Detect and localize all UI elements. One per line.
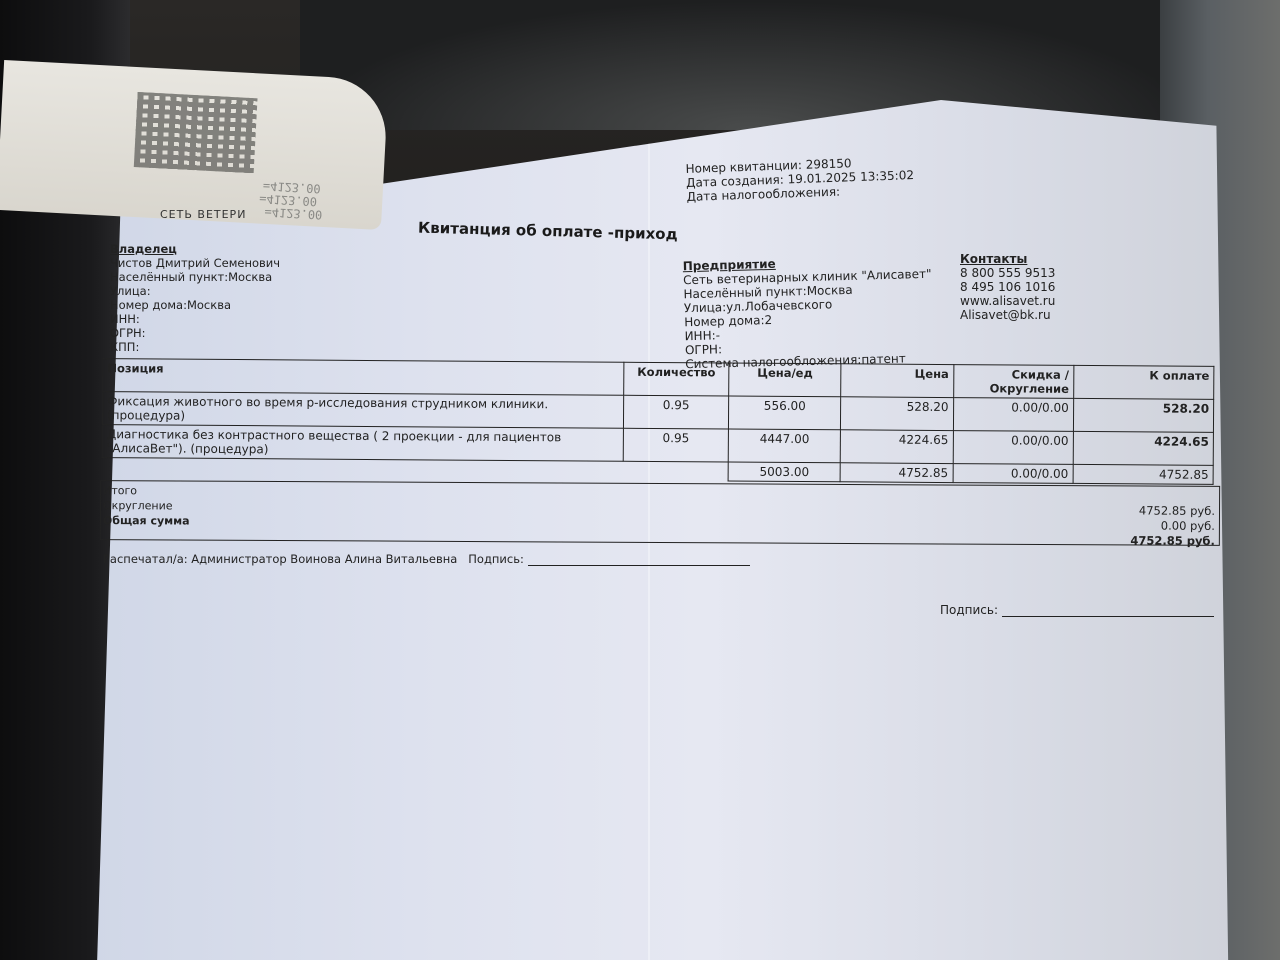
total-value: 4752.85 руб. [1130, 503, 1215, 518]
enterprise-block: Предприятие Сеть ветеринарных клиник "Ал… [683, 253, 934, 371]
owner-line: ОГРН: [110, 326, 280, 340]
items-table: Позиция Количество Цена/ед Цена Скидка /… [102, 358, 1215, 485]
strip-fragment-text: СЕТЬ ВЕТЕРИ [160, 208, 246, 222]
summary-unit-price: 5003.00 [728, 462, 840, 482]
col-unit-price: Цена/ед [729, 363, 841, 397]
totals-box: Итого Округление Общая сумма 4752.85 руб… [100, 480, 1220, 546]
cell-unit-price: 556.00 [729, 396, 841, 430]
cell-quantity: 0.95 [623, 395, 728, 429]
signature-line [1002, 604, 1214, 617]
summary-to-pay: 4752.85 [1073, 464, 1213, 484]
grand-total-label: Общая сумма [103, 513, 190, 528]
cell-unit-price: 4447.00 [728, 429, 840, 463]
summary-discount: 0.00/0.00 [953, 464, 1073, 484]
owner-line: КПП: [110, 340, 280, 354]
total-label: Итого [103, 483, 190, 498]
col-price: Цена [841, 364, 953, 398]
cell-position: Фиксация животного во время р-исследован… [102, 392, 623, 429]
col-to-pay: К оплате [1073, 365, 1214, 399]
owner-line: Номер дома:Москва [110, 298, 280, 312]
cell-position: Диагностика без контрастного вещества ( … [102, 425, 623, 462]
receipt-meta: Номер квитанции: 298150 Дата создания: 1… [685, 154, 914, 204]
contact-website: www.alisavet.ru [960, 294, 1055, 308]
printed-by-line: Распечатал/а: Администратор Воинова Алин… [103, 552, 750, 566]
printed-by: Распечатал/а: Администратор Воинова Алин… [103, 552, 457, 566]
cell-to-pay: 528.20 [1073, 398, 1214, 432]
col-position: Позиция [103, 359, 624, 396]
customer-signature: Подпись: [940, 603, 1214, 617]
qr-code-icon [134, 92, 258, 173]
summary-price: 4752.85 [840, 463, 952, 483]
signature-line [528, 553, 750, 566]
cell-price: 4224.65 [841, 430, 953, 464]
fiscal-receipt-strip: =4123.00 =4123.00 =4123.00 [0, 60, 389, 230]
signature-label: Подпись: [940, 603, 998, 617]
contacts-heading: Контакты [960, 252, 1055, 266]
contact-phone: 8 495 106 1016 [960, 280, 1055, 294]
rounding-value: 0.00 руб. [1130, 518, 1215, 533]
owner-line: Населённый пункт:Москва [110, 270, 280, 284]
contact-email: Alisavet@bk.ru [960, 308, 1055, 322]
cell-discount: 0.00/0.00 [953, 398, 1073, 432]
rounding-label: Округление [103, 498, 190, 513]
owner-name: Чистов Дмитрий Семенович [110, 256, 280, 270]
cell-discount: 0.00/0.00 [953, 431, 1073, 465]
grand-total-value: 4752.85 руб. [1130, 533, 1215, 548]
contacts-block: Контакты 8 800 555 9513 8 495 106 1016 w… [960, 252, 1055, 322]
cell-quantity: 0.95 [623, 428, 728, 462]
owner-heading: Владелец [110, 242, 280, 256]
signature-label: Подпись: [468, 552, 524, 566]
owner-block: Владелец Чистов Дмитрий Семенович Населё… [110, 242, 280, 354]
background-dashboard [300, 0, 1200, 130]
strip-amount: =4123.00 [264, 205, 322, 222]
cell-to-pay: 4224.65 [1073, 431, 1214, 465]
owner-line: Улица: [110, 284, 280, 298]
col-quantity: Количество [624, 362, 729, 396]
owner-line: ИНН: [110, 312, 280, 326]
contact-phone: 8 800 555 9513 [960, 266, 1055, 280]
cell-price: 528.20 [841, 397, 953, 431]
col-discount: Скидка / Округление [953, 365, 1073, 399]
